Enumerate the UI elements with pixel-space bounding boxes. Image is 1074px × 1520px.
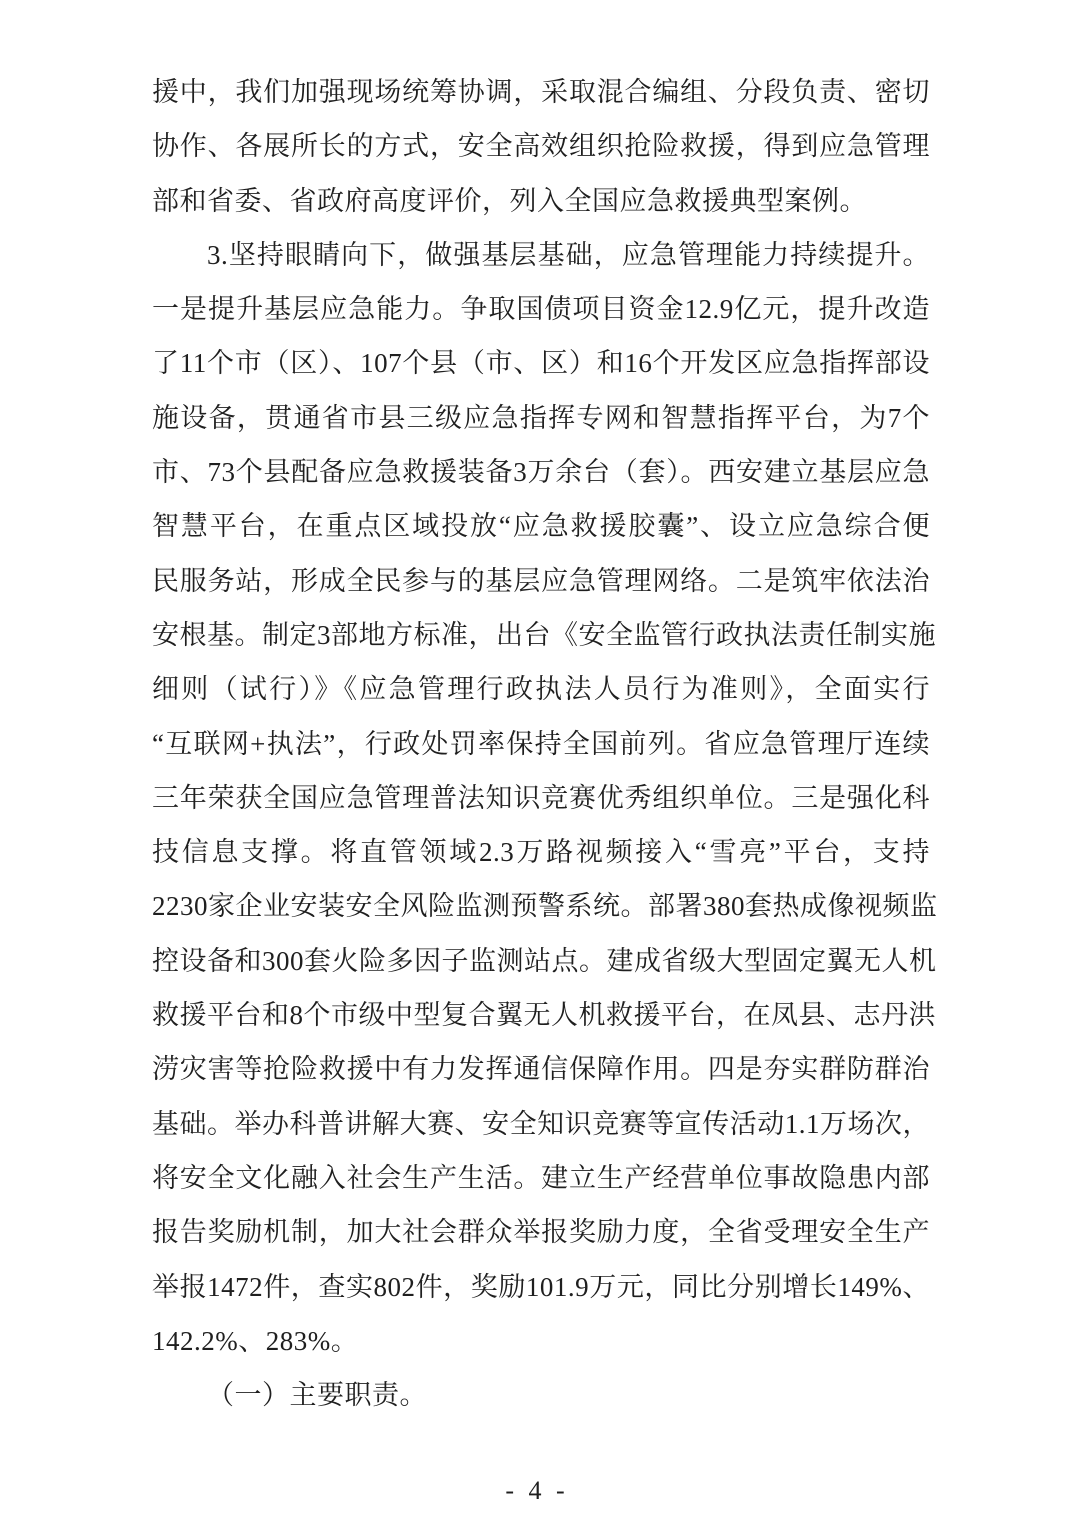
body-line: 报告奖励机制，加大社会群众举报奖励力度，全省受理安全生产 [152,1205,930,1259]
body-line: 了11个市（区）、107个县（市、区）和16个开发区应急指挥部设 [152,336,930,390]
body-line: 协作、各展所长的方式，安全高效组织抢险救援，得到应急管理 [152,119,930,173]
body-line: “互联网+执法”，行政处罚率保持全国前列。省应急管理厅连续 [152,717,930,771]
body-line: 部和省委、省政府高度评价，列入全国应急救援典型案例。 [152,174,930,228]
body-line: 救援平台和8个市级中型复合翼无人机救援平台，在凤县、志丹洪 [152,988,930,1042]
body-line: 技信息支撑。将直管领域2.3万路视频接入“雪亮”平台，支持 [152,825,930,879]
section-heading: （一）主要职责。 [152,1368,930,1422]
body-line: 施设备，贯通省市县三级应急指挥专网和智慧指挥平台，为7个 [152,391,930,445]
body-line: 智慧平台，在重点区域投放“应急救援胶囊”、设立应急综合便 [152,499,930,553]
body-line: 基础。举办科普讲解大赛、安全知识竞赛等宣传活动1.1万场次， [152,1097,930,1151]
body-line: 举报1472件，查实802件，奖励101.9万元，同比分别增长149%、 [152,1260,930,1314]
page-number: - 4 - [0,1476,1074,1506]
body-line: 细则（试行）》《应急管理行政执法人员行为准则》，全面实行 [152,662,930,716]
body-line: 民服务站，形成全民参与的基层应急管理网络。二是筑牢依法治 [152,554,930,608]
body-text: 援中，我们加强现场统筹协调，采取混合编组、分段负责、密切 协作、各展所长的方式，… [152,65,930,1422]
body-line: 3.坚持眼睛向下，做强基层基础，应急管理能力持续提升。 [152,228,930,282]
body-line: 安根基。制定3部地方标准，出台《安全监管行政执法责任制实施 [152,608,930,662]
body-line: 市、73个县配备应急救援装备3万余台（套）。西安建立基层应急 [152,445,930,499]
body-line: 援中，我们加强现场统筹协调，采取混合编组、分段负责、密切 [152,65,930,119]
body-line: 一是提升基层应急能力。争取国债项目资金12.9亿元，提升改造 [152,282,930,336]
body-line: 2230家企业安装安全风险监测预警系统。部署380套热成像视频监 [152,879,930,933]
body-line: 涝灾害等抢险救援中有力发挥通信保障作用。四是夯实群防群治 [152,1042,930,1096]
body-line: 142.2%、283%。 [152,1314,930,1368]
document-page: 援中，我们加强现场统筹协调，采取混合编组、分段负责、密切 协作、各展所长的方式，… [0,0,1074,1520]
body-line: 控设备和300套火险多因子监测站点。建成省级大型固定翼无人机 [152,934,930,988]
body-line: 将安全文化融入社会生产生活。建立生产经营单位事故隐患内部 [152,1151,930,1205]
body-line: 三年荣获全国应急管理普法知识竞赛优秀组织单位。三是强化科 [152,771,930,825]
